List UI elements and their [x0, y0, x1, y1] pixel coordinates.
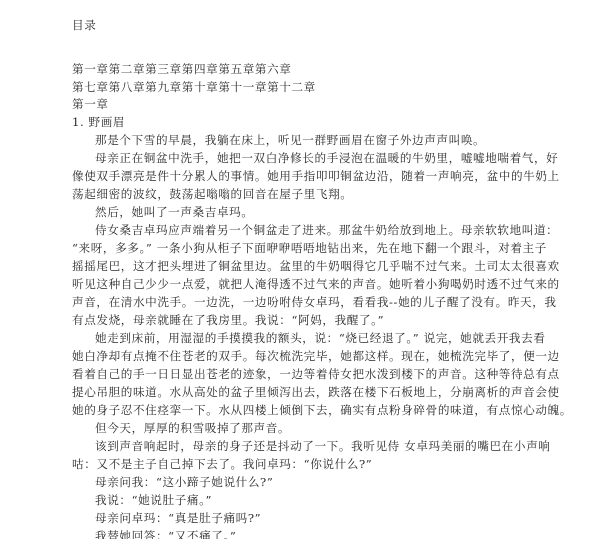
body-line: 声音，在清水中洗手。一边洗，一边吩咐侍女卓玛，看看我--她的儿子醒了没有。昨天，… — [72, 294, 557, 310]
body-line: 像使双手漂亮是件十分累人的事情。她用手指叩叩铜盆边沿，随着一声响亮，盆中的牛奶上 — [72, 168, 560, 184]
chapter-heading: 第一章 — [72, 96, 109, 112]
body-line: 看着自己的手一日日显出苍老的迹象，一边等着侍女把水泼到楼下的声音。这种等待总有点 — [72, 366, 560, 382]
body-line: 我说：“她说肚子痛。” — [95, 492, 212, 508]
body-line: 她的身子忍不住痉挛一下。水从四楼上倾倒下去，确实有点粉身碎骨的味道，有点惊心动魄… — [72, 402, 572, 418]
body-line: 但今天，厚厚的积雪吸掉了那声音。 — [95, 420, 290, 436]
body-line: 有点发烧，母亲就睡在了我房里。我说：“阿妈，我醒了。” — [72, 312, 384, 328]
body-line: 提心吊胆的味道。水从高处的盆子里倾泻出去，跌落在楼下石板地上，分崩离析的声音会使 — [72, 384, 560, 400]
toc-title: 目录 — [72, 17, 96, 33]
body-line: 母亲问卓玛：“真是肚子痛吗?” — [95, 510, 261, 526]
body-line: 她走到床前，用湿湿的手摸摸我的额头，说：“烧已经退了。” 说完，她就丢开我去看 — [95, 330, 546, 346]
document-page: 目录 第一章第二章第三章第四章第五章第六章 第七章第八章第九章第十章第十一章第十… — [0, 0, 600, 539]
body-line: 听见这种自己少少一点爱，就把人淹得透不过气来的声音。她听着小狗喝奶时透不过气来的 — [72, 276, 560, 292]
section-heading: 1. 野画眉 — [72, 114, 125, 130]
body-line: 该到声音响起时，母亲的身子还是抖动了一下。我听见侍 女卓玛美丽的嘴巴在小声响 — [95, 438, 550, 454]
body-line: 侍女桑吉卓玛应声端着另一个铜盆走了进来。那盆牛奶给放到地上。母亲软软地叫道： — [95, 222, 558, 238]
body-line: “来呀，多多。” 一条小狗从柜子下面咿咿唔唔地钻出来，先在地下翻一个跟斗，对着主… — [72, 240, 547, 256]
body-line: 荡起细密的波纹，鼓荡起嗡嗡的回音在屋子里飞翔。 — [72, 186, 352, 202]
body-line: 咕：又不是主子自己掉下去了。我问卓玛：“你说什么?” — [72, 456, 372, 472]
body-line: 我替她回答：“又不痛了。” — [95, 528, 236, 539]
body-line: 那是个下雪的早晨，我躺在床上，听见一群野画眉在窗子外边声声叫唤。 — [95, 132, 485, 148]
body-line: 摇摇尾巴，这才把头埋进了铜盆里边。盆里的牛奶咽得它几乎喘不过气来。土司太太很喜欢 — [72, 258, 560, 274]
body-line: 母亲正在铜盆中洗手，她把一双白净修长的手浸泡在温暖的牛奶里，嘘嘘地喘着气，好 — [95, 150, 558, 166]
toc-line: 第一章第二章第三章第四章第五章第六章 — [72, 61, 292, 77]
body-line: 她白净却有点掩不住苍老的双手。每次梳洗完毕，她都这样。现在，她梳洗完毕了，便一边 — [72, 348, 560, 364]
body-line: 母亲问我：“这小蹄子她说什么?” — [95, 474, 273, 490]
body-line: 然后，她叫了一声桑吉卓玛。 — [95, 204, 254, 220]
toc-line: 第七章第八章第九章第十章第十一章第十二章 — [72, 79, 316, 95]
